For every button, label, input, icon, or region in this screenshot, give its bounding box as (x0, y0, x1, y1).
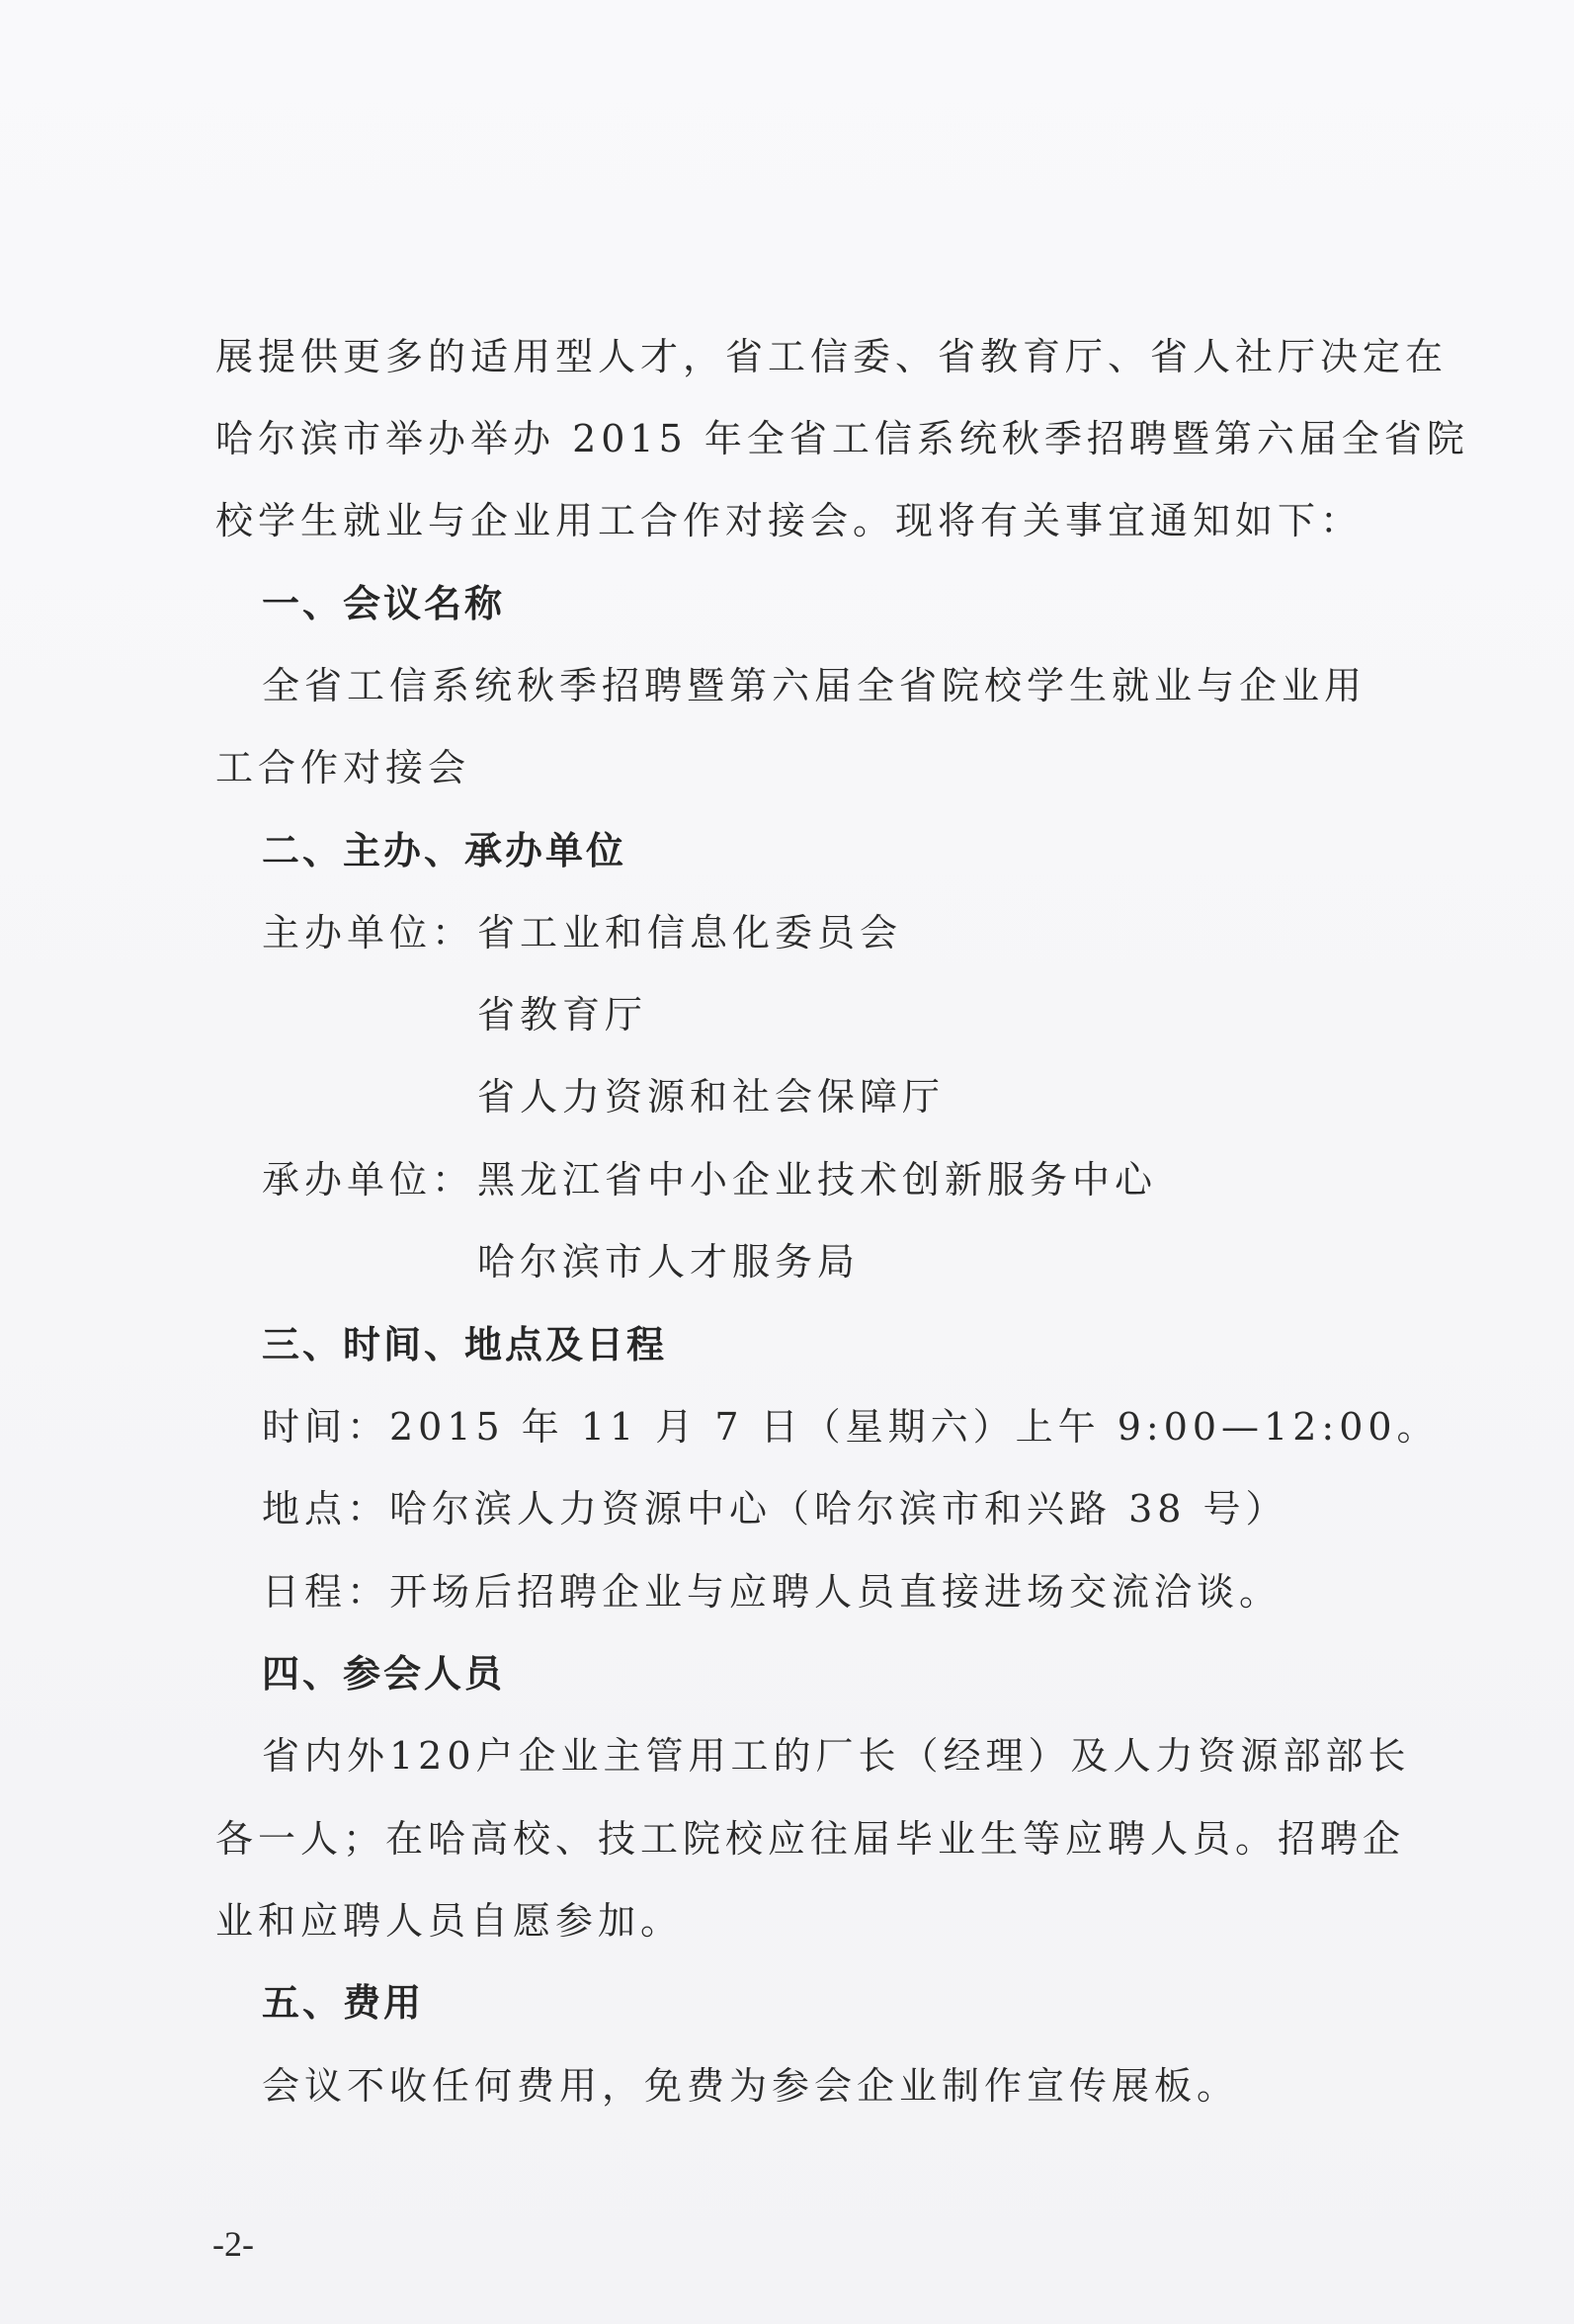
undertaker-label: 承办单位： (262, 1161, 477, 1199)
section-5-heading: 五、费用 (262, 1984, 424, 2022)
intro-line-1: 展提供更多的适用型人才，省工信委、省教育厅、省人社厅决定在 (215, 338, 1448, 375)
event-schedule: 日程：开场后招聘企业与应聘人员直接进场交流洽谈。 (262, 1573, 1282, 1611)
section-4-body-line-3: 业和应聘人员自愿参加。 (215, 1902, 683, 1940)
organizer-name: 省人力资源和社会保障厅 (477, 1078, 945, 1116)
section-4-body-line-2: 各一人；在哈高校、技工院校应往届毕业生等应聘人员。招聘企 (215, 1820, 1405, 1858)
intro-line-3: 校学生就业与企业用工合作对接会。现将有关事宜通知如下： (215, 502, 1363, 539)
undertaker-name: 哈尔滨市人才服务局 (477, 1243, 860, 1281)
scanned-document-page: 展提供更多的适用型人才，省工信委、省教育厅、省人社厅决定在 哈尔滨市举办举办 2… (0, 0, 1574, 2324)
section-5-body-line-1: 会议不收任何费用，免费为参会企业制作宣传展板。 (262, 2067, 1239, 2105)
organizer-name: 省工业和信息化委员会 (477, 911, 902, 954)
section-4-body-line-1: 省内外120户企业主管用工的厂长（经理）及人力资源部部长 (262, 1737, 1411, 1775)
undertaker-name: 黑龙江省中小企业技术创新服务中心 (477, 1158, 1157, 1202)
event-time: 时间：2015 年 11 月 7 日（星期六）上午 9:00—12:00。 (262, 1408, 1440, 1446)
section-1-heading: 一、会议名称 (262, 585, 505, 622)
section-4-heading: 四、参会人员 (262, 1655, 505, 1693)
section-3-heading: 三、时间、地点及日程 (262, 1326, 667, 1364)
organizer-name: 省教育厅 (477, 996, 647, 1034)
undertaker-row-1: 承办单位：黑龙江省中小企业技术创新服务中心 (262, 1161, 1157, 1199)
section-2-heading: 二、主办、承办单位 (262, 832, 626, 870)
section-1-body-line-1: 全省工信系统秋季招聘暨第六届全省院校学生就业与企业用 (262, 667, 1367, 705)
page-number: -2- (212, 2223, 254, 2265)
section-1-body-line-2: 工合作对接会 (215, 749, 470, 787)
organizer-row-1: 主办单位：省工业和信息化委员会 (262, 914, 902, 952)
event-place: 地点：哈尔滨人力资源中心（哈尔滨市和兴路 38 号） (262, 1490, 1288, 1528)
organizer-label: 主办单位： (262, 914, 477, 952)
intro-line-2: 哈尔滨市举办举办 2015 年全省工信系统秋季招聘暨第六届全省院 (215, 420, 1469, 457)
